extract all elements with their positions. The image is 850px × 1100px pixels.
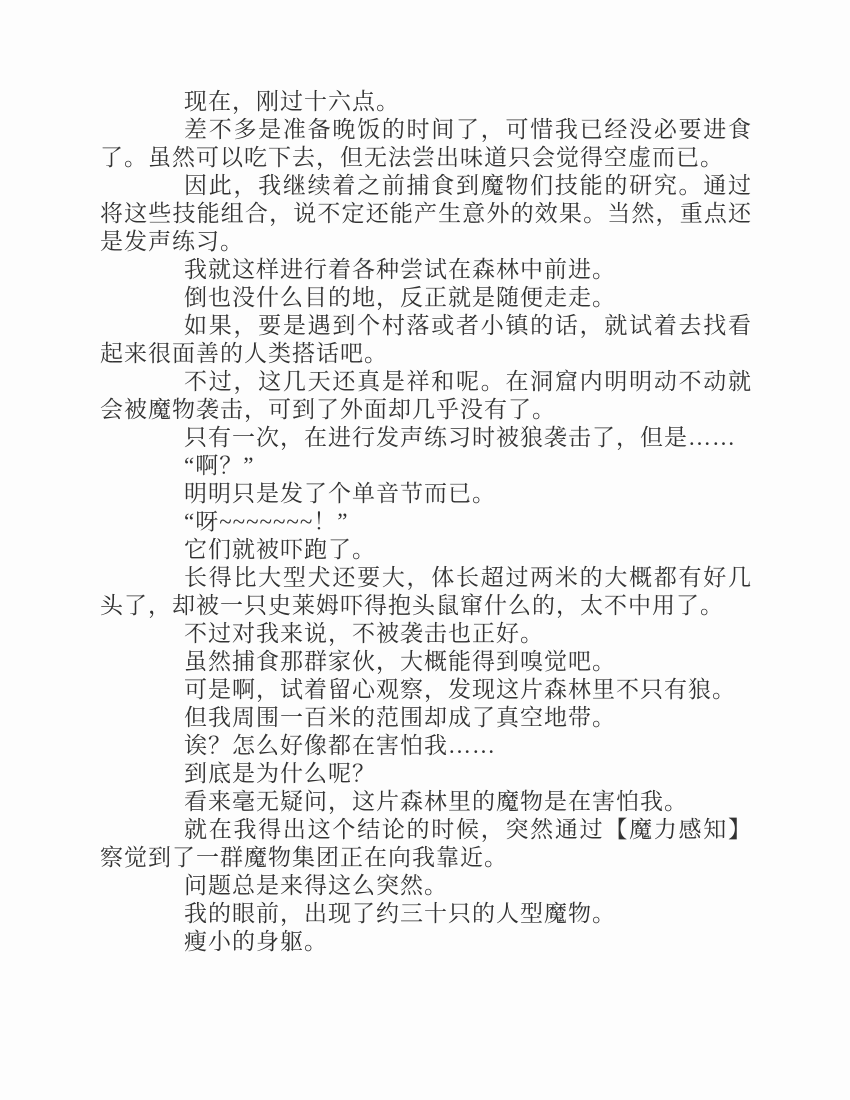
paragraph: 不过对我来说，不被袭击也正好。 [100,620,752,648]
paragraph: 倒也没什么目的地，反正就是随便走走。 [100,284,752,312]
paragraph: 我的眼前，出现了约三十只的人型魔物。 [100,900,752,928]
paragraph: 因此，我继续着之前捕食到魔物们技能的研究。通过将这些技能组合，说不定还能产生意外… [100,172,752,256]
paragraph: 问题总是来得这么突然。 [100,872,752,900]
paragraph: 明明只是发了个单音节而已。 [100,480,752,508]
paragraph: 我就这样进行着各种尝试在森林中前进。 [100,256,752,284]
novel-text-block: 现在，刚过十六点。 差不多是准备晚饭的时间了，可惜我已经没必要进食了。虽然可以吃… [100,88,752,956]
paragraph: 到底是为什么呢？ [100,760,752,788]
paragraph: 瘦小的身躯。 [100,928,752,956]
paragraph: 不过，这几天还真是祥和呢。在洞窟内明明动不动就会被魔物袭击，可到了外面却几乎没有… [100,368,752,424]
paragraph: 差不多是准备晚饭的时间了，可惜我已经没必要进食了。虽然可以吃下去，但无法尝出味道… [100,116,752,172]
paragraph-dialogue: “呀~~~~~~~！” [100,508,752,536]
paragraph: 诶？怎么好像都在害怕我…… [100,732,752,760]
novel-page: 现在，刚过十六点。 差不多是准备晚饭的时间了，可惜我已经没必要进食了。虽然可以吃… [0,0,850,1100]
paragraph: 如果，要是遇到个村落或者小镇的话，就试着去找看起来很面善的人类搭话吧。 [100,312,752,368]
paragraph: 就在我得出这个结论的时候，突然通过【魔力感知】察觉到了一群魔物集团正在向我靠近。 [100,816,752,872]
paragraph: 它们就被吓跑了。 [100,536,752,564]
paragraph: 长得比大型犬还要大，体长超过两米的大概都有好几头了，却被一只史莱姆吓得抱头鼠窜什… [100,564,752,620]
paragraph: 虽然捕食那群家伙，大概能得到嗅觉吧。 [100,648,752,676]
paragraph: 可是啊，试着留心观察，发现这片森林里不只有狼。 [100,676,752,704]
paragraph: 但我周围一百米的范围却成了真空地带。 [100,704,752,732]
paragraph: 现在，刚过十六点。 [100,88,752,116]
paragraph: 看来毫无疑问，这片森林里的魔物是在害怕我。 [100,788,752,816]
paragraph: 只有一次，在进行发声练习时被狼袭击了，但是…… [100,424,752,452]
paragraph-dialogue: “啊？” [100,452,752,480]
